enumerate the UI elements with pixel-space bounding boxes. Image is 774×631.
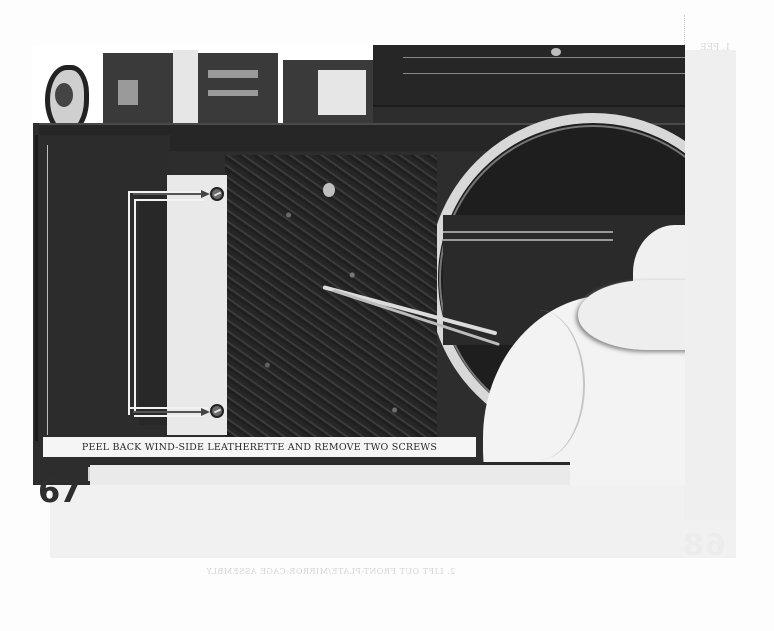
manual-page: 1. PEE 68 2. LIFT OUT FRONT-PLATE/MIRROR… — [0, 0, 774, 631]
top-plate — [373, 45, 685, 107]
strap-lug-hole — [55, 83, 73, 107]
gear-disc-2 — [208, 90, 258, 96]
photo-bottom-edge — [90, 462, 570, 485]
bleed-through-caption: 2. LIFT OUT FRONT-PLATE/MIRROR-CAGE ASSE… — [206, 567, 455, 576]
bleed-through-figure-number: 68 — [682, 528, 726, 563]
pointer-line — [134, 200, 136, 412]
arrow-line-top — [133, 193, 203, 195]
mirror-cage-rail — [443, 231, 613, 233]
wind-mechanism — [103, 53, 173, 123]
wind-spindle — [118, 80, 138, 105]
top-plate-edge — [403, 73, 685, 74]
top-plate-edge — [403, 57, 685, 58]
gear-disc-1 — [208, 70, 258, 78]
bleed-through-right-panel — [684, 50, 736, 520]
arrow-head-icon — [201, 190, 210, 198]
exposed-metal-plate — [167, 175, 227, 435]
mech-plate — [173, 50, 198, 123]
inner-cavity — [139, 195, 169, 425]
pointer-line — [128, 407, 208, 409]
mirror-cage-rail — [443, 239, 613, 241]
top-screw — [551, 48, 561, 56]
bleed-through-panel — [50, 480, 736, 558]
caption-text: PEEL BACK WIND-SIDE LEATHERETTE AND REMO… — [82, 442, 437, 453]
screw-bottom — [210, 404, 224, 418]
pointer-line — [134, 415, 204, 417]
bleed-through-top-caption: 1. PEE — [700, 43, 731, 53]
arrow-line-bottom — [133, 411, 203, 413]
hand-fold — [493, 310, 585, 460]
drive-plate — [318, 70, 366, 115]
figure-number: 67 — [38, 472, 81, 510]
body-edge-highlight — [47, 145, 48, 435]
leatherette-highlight — [323, 183, 335, 197]
figure-caption: PEEL BACK WIND-SIDE LEATHERETTE AND REMO… — [43, 437, 476, 457]
pointer-line — [134, 199, 204, 201]
pointer-line — [128, 193, 130, 415]
arrow-head-icon — [201, 408, 210, 416]
peeled-leatherette — [225, 155, 437, 455]
figure-photo — [33, 45, 685, 485]
gear-train — [198, 53, 278, 123]
screw-top — [210, 187, 224, 201]
